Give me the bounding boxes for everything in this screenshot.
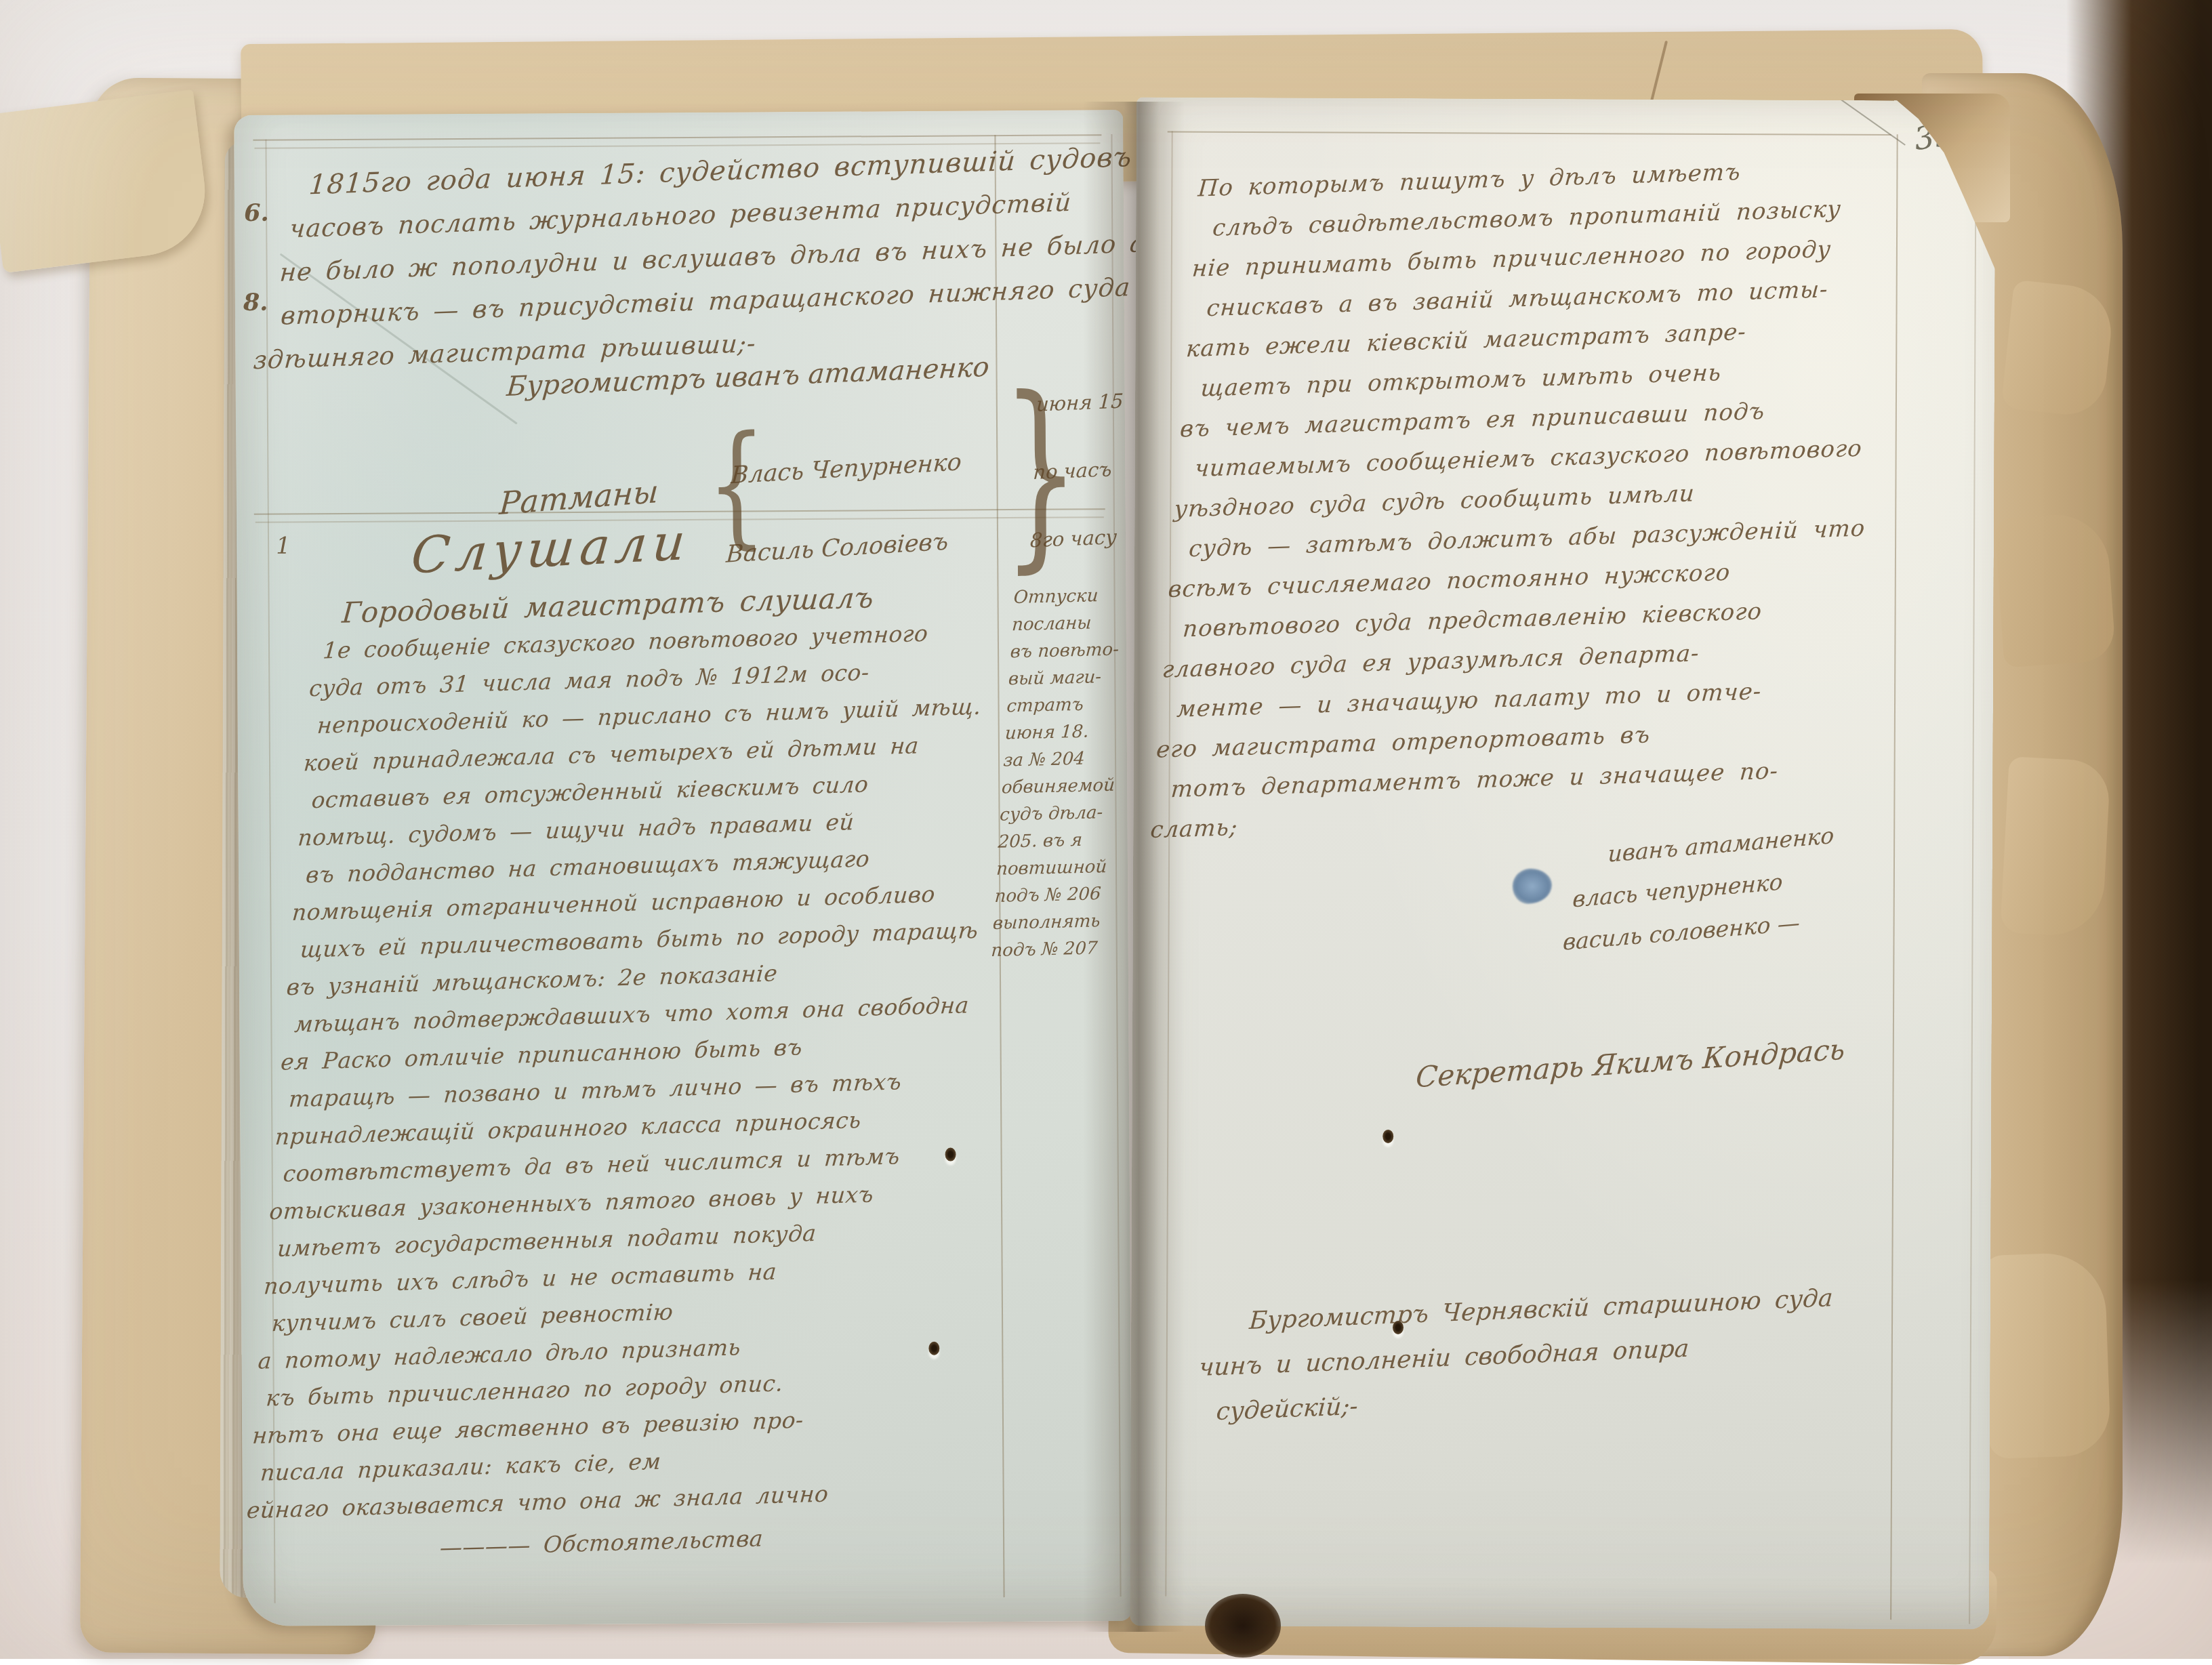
torn-edge-flap (2001, 280, 2115, 419)
margin-note-line: повтишной (996, 853, 1110, 883)
session-header: 1815го года июня 15: судейство вступивші… (272, 136, 1121, 382)
torn-edge-flap (2000, 756, 2110, 937)
margin-note-line: выполнять (992, 907, 1107, 937)
officials-signatures: иванъ атаманенковлась чепурненковасиль с… (1562, 815, 1835, 964)
case-body-text: Городовый магистратъ слушалъ1е сообщеніе… (242, 574, 1036, 1571)
margin-note-line: въ повѣто- (1009, 636, 1124, 665)
margin-note-line: Отпуски (1013, 581, 1128, 611)
margin-note-line: подъ № 207 (990, 934, 1105, 964)
session-time-line: по часъ (1031, 435, 1122, 507)
ruled-margin-line (1165, 131, 1172, 1596)
ruled-margin-line (1111, 134, 1121, 1597)
margin-note-line: стратъ (1006, 690, 1120, 720)
ruled-line (253, 134, 1101, 141)
spine-bottom-hole (1205, 1594, 1281, 1658)
dispatch-margin-note: Отпускипосланывъ повѣто-вый маги-стратъи… (990, 581, 1127, 964)
footer-attestation: Бургомистръ Чернявскій старшиною судачин… (1195, 1276, 1835, 1435)
margin-note-line: за № 204 (1002, 745, 1117, 775)
margin-note-line: посланы (1011, 609, 1126, 638)
wormhole (1382, 1130, 1393, 1143)
body-line: ———— Обстоятельства (438, 1514, 964, 1566)
session-time-line: 8го часу (1029, 503, 1119, 575)
case-entry-number: 1 (276, 533, 291, 560)
margin-note-line: подъ № 206 (994, 880, 1108, 910)
wormhole (945, 1148, 956, 1162)
margin-note-line: обвиняемой (1001, 772, 1115, 802)
session-time-line: июня 15 (1035, 367, 1125, 438)
section-heading-slushali: Слушали (409, 513, 693, 585)
hour-margin-number: 8. (243, 289, 268, 316)
margin-note-line: июня 18. (1004, 718, 1119, 747)
right-page: 39 По которымъ пишутъ у дѣлъ имѣетъслѣдъ… (1130, 97, 1996, 1630)
ratmany-label: Ратманы (498, 473, 659, 522)
margin-note-line: судъ дѣла- (999, 799, 1113, 829)
blue-ink-blot (1513, 869, 1552, 904)
resolution-body-text: По которымъ пишутъ у дѣлъ имѣетъслѣдъ св… (1149, 146, 1947, 850)
left-page: 1815го года июня 15: судейство вступивші… (234, 110, 1132, 1626)
session-time-note: июня 15по часъ8го часу (1029, 367, 1125, 574)
ratmany-names: Влась ЧепурненкоВасиль Соловіевъ (724, 423, 964, 594)
margin-note-line: вый маги- (1008, 663, 1122, 693)
wormhole (1393, 1321, 1404, 1334)
torn-edge-flap (1982, 1252, 2111, 1459)
wormhole (928, 1342, 939, 1355)
ruled-margin-line (1969, 128, 1977, 1624)
ruled-line (1168, 131, 1891, 136)
hour-margin-number: 6. (244, 199, 269, 227)
ratman-name: Влась Чепурненко (729, 423, 964, 516)
margin-note-line: 205. въ я (998, 826, 1112, 856)
manuscript-photo: 1815го года июня 15: судейство вступивші… (0, 0, 2212, 1659)
torn-edge-flap (1994, 512, 2116, 668)
secretary-signature: Секретарь Якимъ Кондрась (1415, 1033, 1847, 1094)
